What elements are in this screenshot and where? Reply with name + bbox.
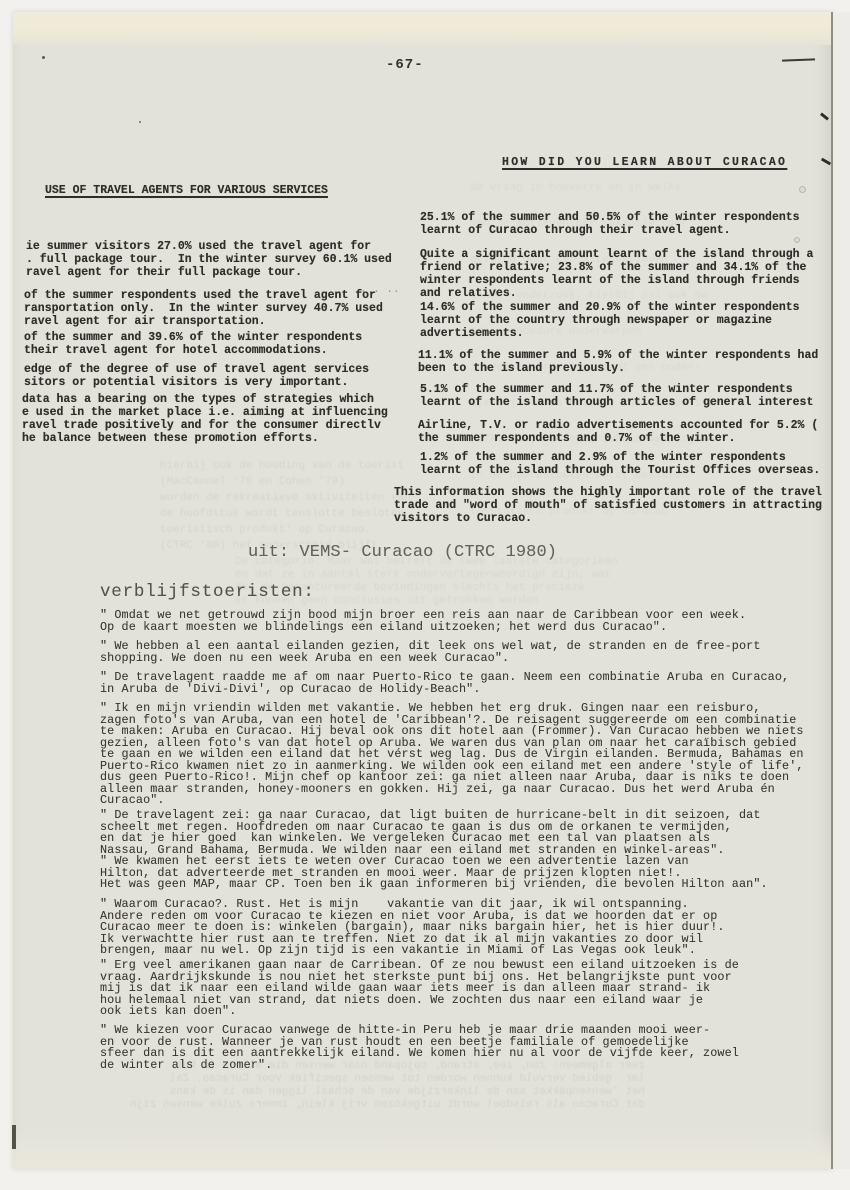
left-paragraph-hotel: of the summer and 39.6% of the winter re… (24, 331, 362, 357)
ink-speck (139, 121, 141, 123)
dutch-quote-girlfriend-trip: " Ik en mijn vriendin wilden met vakanti… (100, 703, 804, 807)
right-paragraph-travel-agent: 25.1% of the summer and 50.5% of the win… (420, 211, 800, 237)
left-column-heading: USE OF TRAVEL AGENTS FOR VARIOUS SERVICE… (45, 184, 328, 197)
paper-pinhole (799, 186, 806, 193)
dutch-quote-hilton-ad: " We kwamen het eerst iets te weten over… (100, 856, 768, 891)
dutch-quote-islands-seen: " We hebben al een aantal eilanden gezie… (100, 641, 761, 664)
right-paragraph-friends: Quite a significant amount learnt of the… (420, 248, 813, 300)
dutch-quote-travelagent-advice: " De travelagent raadde me af om naar Pu… (100, 672, 789, 695)
left-paragraph-package-tour: ie summer visitors 27.0% used the travel… (26, 240, 392, 279)
page-number: -67- (386, 57, 424, 73)
dutch-quote-heat-peru: " We kiezen voor Curacao vanwege de hitt… (100, 1025, 739, 1071)
bleedthrough-text-left-mid: hierbij ook de houding van de toerist (M… (160, 458, 411, 554)
left-paragraph-strategies: data has a bearing on the types of strat… (22, 393, 388, 445)
right-paragraph-previous-visit: 11.1% of the summer and 5.9% of the wint… (418, 349, 818, 375)
right-paragraph-newspaper: 14.6% of the summer and 20.9% of the win… (420, 301, 800, 340)
scanner-margin-strip (833, 12, 850, 1169)
right-paragraph-airline-tv: Airline, T.V. or radio advertisements ac… (418, 419, 818, 445)
edge-ink-dash (12, 1125, 16, 1149)
right-closing-paragraph: This information shows the highly import… (394, 486, 822, 525)
ink-speck (42, 56, 45, 59)
dutch-quote-americans: " Erg veel amerikanen gaan naar de Carri… (100, 960, 739, 1018)
dutch-quote-hurricane-belt: " De travelagent zei: ga naar Curacao, d… (100, 810, 761, 856)
scanned-document-page: de vraag in hoeverre en in welke van de … (0, 0, 850, 1190)
left-paragraph-knowledge: edge of the degree of use of travel agen… (24, 363, 369, 389)
paper-pinhole (794, 237, 800, 243)
paper-top-band (13, 12, 833, 45)
right-paragraph-tourist-office: 1.2% of the summer and 2.9% of the winte… (420, 451, 820, 477)
right-paragraph-articles: 5.1% of the summer and 11.7% of the wint… (420, 383, 813, 409)
dutch-section-heading: verblijfstoeristen: (100, 582, 315, 602)
paper-bottom-band (13, 1128, 833, 1169)
left-paragraph-transportation: of the summer respondents used the trave… (24, 289, 383, 328)
source-heading: uit: VEMS- Curacao (CTRC 1980) (248, 543, 557, 562)
dutch-quote-rest: " Waarom Curacao?. Rust. Het is mijn vak… (100, 899, 725, 957)
dutch-quote-newlyweds: " Omdat we net getrouwd zijn bood mijn b… (100, 610, 746, 633)
right-column-heading: HOW DID YOU LEARN ABOUT CURACAO (502, 156, 787, 169)
